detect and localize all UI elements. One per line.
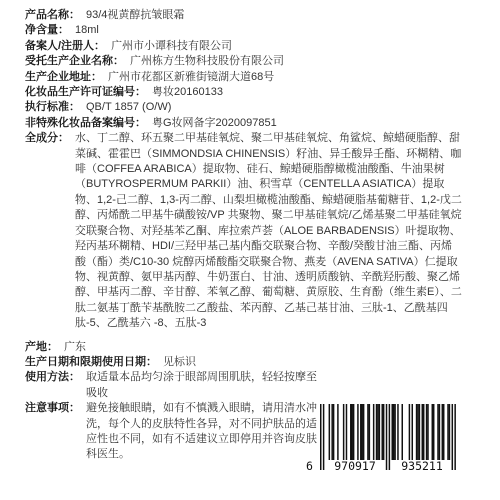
field-label: 受托生产企业名称：	[25, 54, 130, 69]
field-origin: 产地： 广东	[25, 340, 317, 355]
field-label: 产地：	[25, 340, 64, 355]
barcode-digits-right: 935211	[394, 460, 450, 473]
field-net-content: 净含量： 18ml	[25, 23, 462, 38]
field-label: 净含量：	[25, 23, 75, 38]
field-value: 粤妆20160133	[152, 85, 462, 100]
field-value: 18ml	[75, 23, 462, 38]
field-value: 取适量本品均匀涂于眼部周围肌肤，轻轻按摩至吸收	[86, 370, 317, 401]
field-label: 注意事项：	[25, 401, 86, 416]
field-value: 水、丁二醇、环五聚二甲基硅氧烷、聚二甲基硅氧烷、角鲨烷、鲸蜡硬脂醇、甜菜碱、霍霍…	[75, 131, 462, 331]
field-value: 粤G妆网备字2020097851	[152, 116, 462, 131]
field-registrant: 备案人/注册人： 广州市小谭科技有限公司	[25, 39, 462, 54]
field-value: 广州市小谭科技有限公司	[111, 39, 462, 54]
barcode-digit-first: 6	[306, 460, 318, 473]
field-value: 避免接触眼睛，如有不慎溅入眼睛，请用清水冲洗，每个人的皮肤特性各异，对不同护肤品…	[86, 401, 317, 463]
field-value: QB/T 1857 (O/W)	[86, 100, 462, 115]
field-value: 广州市花都区新雅街镜湖大道68号	[108, 70, 462, 85]
field-production-license-no: 化妆品生产许可证编号： 粤妆20160133	[25, 85, 462, 100]
field-ingredients: 全成分： 水、丁二醇、环五聚二甲基硅氧烷、聚二甲基硅氧烷、角鲨烷、鲸蜡硬脂醇、甜…	[25, 131, 462, 331]
field-value: 广州栋方生物科技股份有限公司	[130, 54, 462, 69]
ean13-barcode: 6 970917 935211	[306, 404, 462, 486]
field-label: 产品名称：	[25, 8, 86, 23]
field-label: 执行标准：	[25, 100, 86, 115]
field-label: 使用方法：	[25, 370, 86, 385]
field-value: 见标识	[163, 355, 317, 370]
field-value: 广东	[64, 340, 317, 355]
field-entrusted-manufacturer: 受托生产企业名称： 广州栋方生物科技股份有限公司	[25, 54, 462, 69]
field-production-expiry-date: 生产日期和限期使用日期： 见标识	[25, 355, 317, 370]
field-usage: 使用方法： 取适量本品均匀涂于眼部周围肌肤，轻轻按摩至吸收	[25, 370, 317, 401]
field-standard: 执行标准： QB/T 1857 (O/W)	[25, 100, 462, 115]
bottom-left-section: 产地： 广东 生产日期和限期使用日期： 见标识 使用方法： 取适量本品均匀涂于眼…	[25, 340, 317, 463]
barcode-digits-left: 970917	[327, 460, 383, 473]
field-label: 非特殊化妆品备案编号：	[25, 116, 152, 131]
field-caution: 注意事项： 避免接触眼睛，如有不慎溅入眼睛，请用清水冲洗，每个人的皮肤特性各异，…	[25, 401, 317, 463]
field-manufacturer-address: 生产企业地址： 广州市花都区新雅街镜湖大道68号	[25, 70, 462, 85]
field-filing-no: 非特殊化妆品备案编号： 粤G妆网备字2020097851	[25, 116, 462, 131]
field-label: 化妆品生产许可证编号：	[25, 85, 152, 100]
field-value: 93/4视黄醇抗皱眼霜	[86, 8, 462, 23]
product-info-label: 产品名称： 93/4视黄醇抗皱眼霜 净含量： 18ml 备案人/注册人： 广州市…	[0, 0, 500, 500]
field-label: 备案人/注册人：	[25, 39, 111, 54]
field-label: 生产日期和限期使用日期：	[25, 355, 163, 370]
field-product-name: 产品名称： 93/4视黄醇抗皱眼霜	[25, 8, 462, 23]
field-label: 全成分：	[25, 131, 75, 146]
field-label: 生产企业地址：	[25, 70, 108, 85]
